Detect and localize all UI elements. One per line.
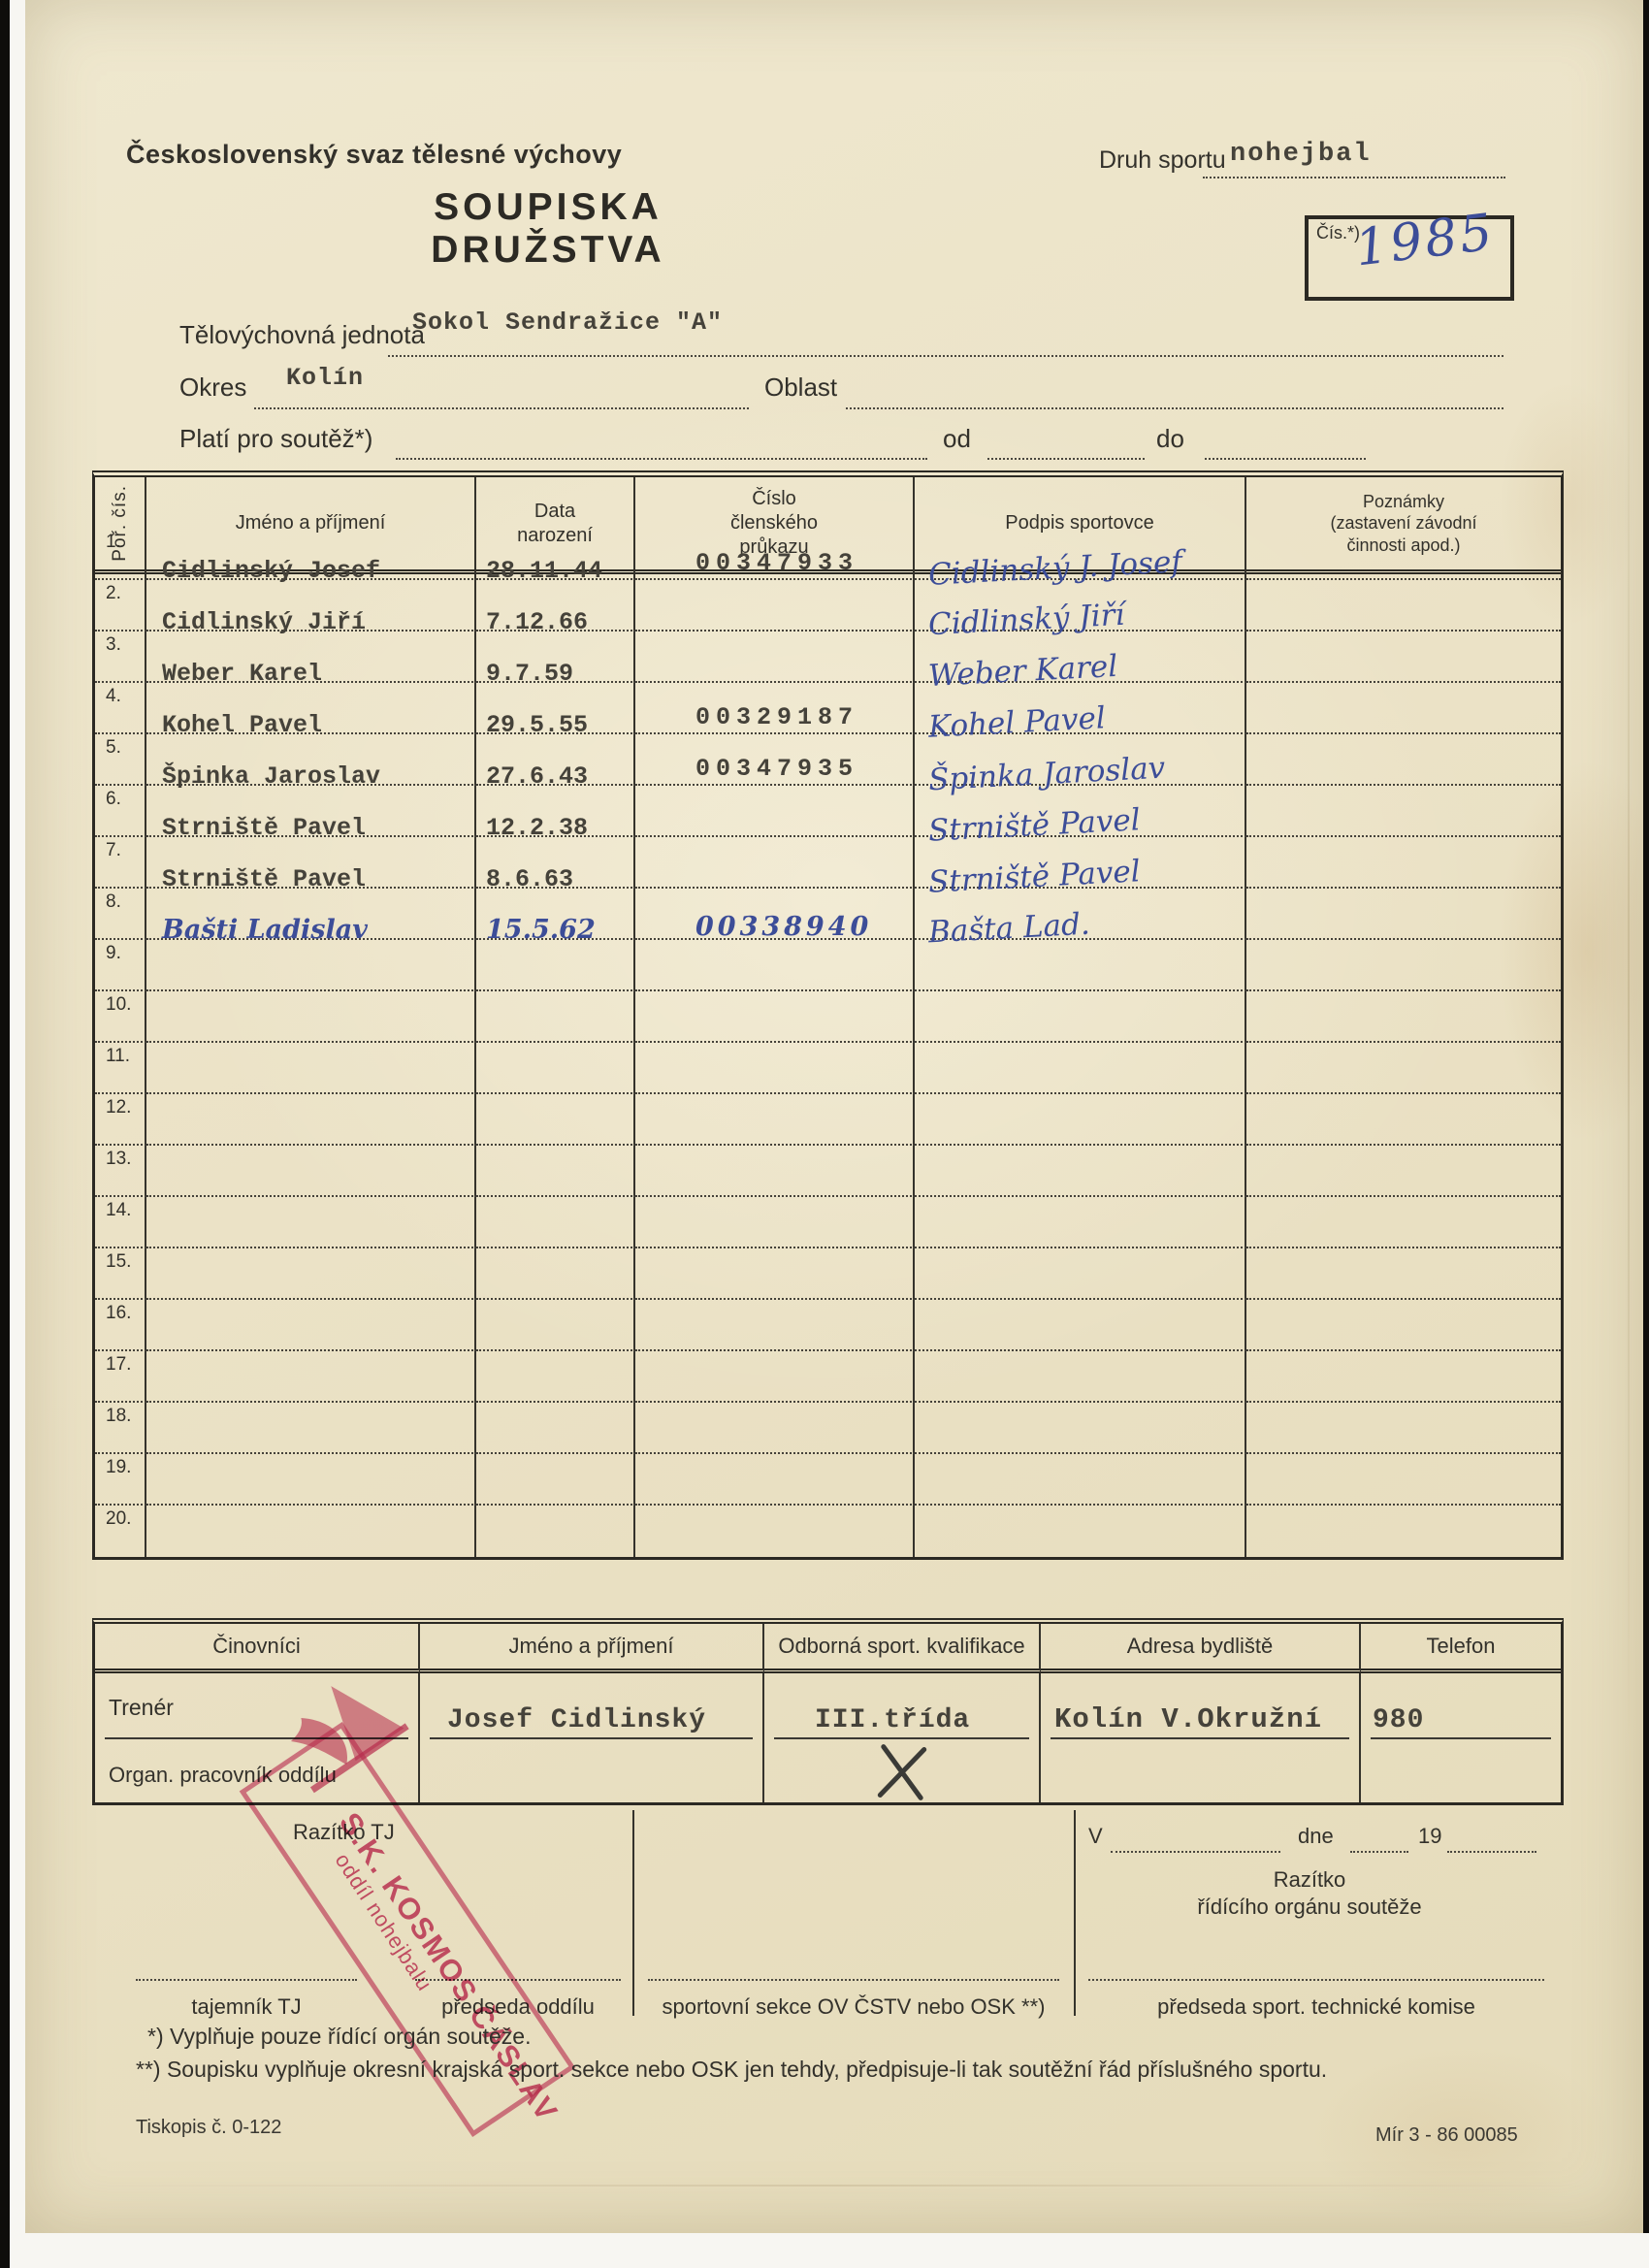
roster-cell-notes — [1246, 1197, 1561, 1248]
roster-cell-notes — [1246, 889, 1561, 940]
roster-cell-notes — [1246, 1300, 1561, 1351]
print-code: Mír 3 - 86 00085 — [1375, 2124, 1518, 2147]
sport-type-label: Druh sportu — [1099, 146, 1226, 175]
roster-cell-dob — [476, 1351, 635, 1403]
roster-cell-name — [146, 1300, 476, 1351]
roster-cell-notes — [1246, 837, 1561, 889]
roster-cell-order: 18. — [95, 1403, 146, 1454]
roster-cell-name — [146, 991, 476, 1043]
roster-table: Poř. čís. Jméno a příjmení Data narození… — [92, 470, 1564, 1560]
roster-cell-order: 16. — [95, 1300, 146, 1351]
section-divider-1 — [632, 1810, 634, 2016]
roster-cell-name: Kohel Pavel — [146, 683, 476, 734]
date-label: dne — [1298, 1824, 1334, 1849]
sport-type-underline — [1203, 177, 1505, 178]
roster-cell-dob: 29.5.55 — [476, 683, 635, 734]
officials-cell-qualification: III.třída — [764, 1673, 1041, 1749]
signature-line-1 — [136, 1979, 357, 1981]
roster-cell-signature — [915, 1351, 1246, 1403]
governing-stamp-label-line2: řídícího orgánu soutěže — [1135, 1895, 1484, 1920]
roster-cell-signature — [915, 1300, 1246, 1351]
team-unit-label: Tělovýchovná jednota — [179, 320, 425, 350]
officials-cell-qualification-2 — [764, 1749, 1041, 1802]
district-value: Kolín — [286, 364, 364, 392]
officials-header-address: Adresa bydliště — [1041, 1624, 1361, 1673]
roster-cell-card — [635, 580, 915, 632]
roster-cell-order: 19. — [95, 1454, 146, 1506]
roster-cell-card — [635, 1248, 915, 1300]
roster-cell-notes — [1246, 734, 1561, 786]
roster-cell-order: 7. — [95, 837, 146, 889]
roster-cell-order: 12. — [95, 1094, 146, 1146]
roster-cell-order: 9. — [95, 940, 146, 991]
roster-cell-order: 15. — [95, 1248, 146, 1300]
roster-cell-card — [635, 991, 915, 1043]
team-unit-value: Sokol Sendražice "A" — [412, 308, 723, 337]
roster-cell-order: 3. — [95, 632, 146, 683]
officials-header-name: Jméno a příjmení — [420, 1624, 764, 1673]
roster-cell-card — [635, 1454, 915, 1506]
roster-cell-card — [635, 1146, 915, 1197]
roster-cell-notes — [1246, 1351, 1561, 1403]
roster-cell-signature — [915, 991, 1246, 1043]
place-label: V — [1088, 1824, 1103, 1849]
roster-cell-name — [146, 1248, 476, 1300]
roster-cell-dob — [476, 1094, 635, 1146]
roster-cell-order: 5. — [95, 734, 146, 786]
roster-cell-signature — [915, 1146, 1246, 1197]
roster-cell-notes — [1246, 1094, 1561, 1146]
valid-to-label: do — [1156, 424, 1184, 454]
roster-cell-card — [635, 1094, 915, 1146]
region-underline — [846, 407, 1503, 409]
roster-cell-card: 00347933 — [635, 529, 915, 580]
roster-cell-dob — [476, 1506, 635, 1557]
roster-cell-name — [146, 940, 476, 991]
roster-cell-name: Strniště Pavel — [146, 837, 476, 889]
roster-cell-order: 6. — [95, 786, 146, 837]
roster-cell-notes — [1246, 632, 1561, 683]
sport-type-value: nohejbal — [1230, 140, 1372, 169]
roster-cell-order: 14. — [95, 1197, 146, 1248]
valid-from-label: od — [943, 424, 971, 454]
roster-cell-dob: 7.12.66 — [476, 580, 635, 632]
officials-cell-name: Josef Cidlinský — [420, 1673, 764, 1749]
roster-cell-dob — [476, 1043, 635, 1094]
roster-cell-order: 11. — [95, 1043, 146, 1094]
roster-cell-dob — [476, 991, 635, 1043]
roster-cell-dob: 15.5.62 — [476, 889, 635, 940]
roster-cell-signature: Cidlinský J. Josef — [915, 529, 1246, 580]
roster-cell-dob: 27.6.43 — [476, 734, 635, 786]
officials-header-qualification: Odborná sport. kvalifikace — [764, 1624, 1041, 1673]
roster-cell-name: Strniště Pavel — [146, 786, 476, 837]
roster-cell-card — [635, 1403, 915, 1454]
roster-cell-name: Bašti Ladislav — [146, 889, 476, 940]
signatory-label-3: sportovní sekce OV ČSTV nebo OSK **) — [663, 1994, 1046, 2020]
place-underline — [1111, 1851, 1280, 1853]
roster-cell-name — [146, 1197, 476, 1248]
date-underline — [1350, 1851, 1408, 1853]
roster-cell-notes — [1246, 529, 1561, 580]
signature-line-3 — [648, 1979, 1059, 1981]
roster-cell-order: 17. — [95, 1351, 146, 1403]
roster-cell-card: 00347935 — [635, 734, 915, 786]
roster-cell-signature — [915, 1248, 1246, 1300]
form-title: SOUPISKA DRUŽSTVA — [320, 186, 776, 272]
roster-cell-notes — [1246, 991, 1561, 1043]
roster-cell-signature — [915, 1197, 1246, 1248]
roster-cell-name: Špinka Jaroslav — [146, 734, 476, 786]
governing-stamp-label-line1: Razítko — [1135, 1867, 1484, 1893]
roster-cell-order: 8. — [95, 889, 146, 940]
officials-cell-phone-2 — [1361, 1749, 1561, 1802]
footnote-1: *) Vyplňuje pouze řídící orgán soutěže. — [147, 2024, 532, 2050]
roster-cell-name — [146, 1454, 476, 1506]
roster-cell-card — [635, 940, 915, 991]
officials-cell-address-2 — [1041, 1749, 1361, 1802]
signatory-label-4: předseda sport. technické komise — [1157, 1994, 1475, 2020]
roster-cell-dob — [476, 940, 635, 991]
roster-cell-order: 1. — [95, 529, 146, 580]
roster-cell-dob — [476, 1403, 635, 1454]
roster-cell-card — [635, 1300, 915, 1351]
roster-cell-dob — [476, 1146, 635, 1197]
roster-cell-name — [146, 1094, 476, 1146]
roster-cell-signature — [915, 1506, 1246, 1557]
roster-cell-dob — [476, 1454, 635, 1506]
roster-cell-order: 4. — [95, 683, 146, 734]
officials-cell-address: Kolín V.Okružní — [1041, 1673, 1361, 1749]
region-label: Oblast — [764, 373, 837, 403]
signatory-label-1: tajemník TJ — [191, 1994, 301, 2020]
roster-cell-signature — [915, 1454, 1246, 1506]
roster-cell-order: 20. — [95, 1506, 146, 1557]
roster-cell-notes — [1246, 1403, 1561, 1454]
x-mark-icon — [870, 1742, 934, 1802]
officials-cell-phone: 980 — [1361, 1673, 1561, 1749]
paper-crease-vertical — [1628, 291, 1630, 1746]
roster-cell-notes — [1246, 1454, 1561, 1506]
organization-title: Československý svaz tělesné výchovy — [126, 140, 622, 170]
roster-cell-notes — [1246, 1506, 1561, 1557]
valid-to-underline — [1205, 458, 1366, 460]
roster-cell-name: Cidlinský Josef — [146, 529, 476, 580]
form-code: Tiskopis č. 0-122 — [136, 2117, 281, 2139]
roster-cell-dob — [476, 1300, 635, 1351]
roster-cell-notes — [1246, 786, 1561, 837]
footnote-2: **) Soupisku vyplňuje okresní krajská sp… — [136, 2057, 1327, 2083]
roster-cell-card: 00338940 — [635, 889, 915, 940]
competition-underline — [396, 458, 927, 460]
valid-from-underline — [987, 458, 1145, 460]
roster-cell-card: 00329187 — [635, 683, 915, 734]
roster-cell-card — [635, 632, 915, 683]
year-label: 19 — [1418, 1824, 1441, 1849]
roster-cell-dob — [476, 1248, 635, 1300]
officials-cell-name-2 — [420, 1749, 764, 1802]
roster-cell-dob: 12.2.38 — [476, 786, 635, 837]
roster-cell-dob: 28.11.44 — [476, 529, 635, 580]
paper-crease-horizontal — [83, 2185, 1597, 2187]
roster-cell-card — [635, 1043, 915, 1094]
roster-cell-card — [635, 1197, 915, 1248]
team-unit-underline — [388, 355, 1503, 357]
roster-cell-signature — [915, 1094, 1246, 1146]
roster-cell-notes — [1246, 1146, 1561, 1197]
roster-cell-dob: 8.6.63 — [476, 837, 635, 889]
roster-cell-name: Cidlinský Jiří — [146, 580, 476, 632]
district-underline — [254, 407, 749, 409]
officials-header-phone: Telefon — [1361, 1624, 1561, 1673]
roster-cell-name — [146, 1043, 476, 1094]
roster-cell-order: 13. — [95, 1146, 146, 1197]
roster-cell-signature — [915, 1403, 1246, 1454]
roster-cell-card — [635, 786, 915, 837]
section-divider-2 — [1074, 1810, 1076, 2016]
scanned-roster-form: Československý svaz tělesné výchovy Druh… — [0, 0, 1649, 2268]
year-underline — [1447, 1851, 1536, 1853]
scan-edge-bottom — [10, 2233, 1649, 2268]
roster-cell-notes — [1246, 580, 1561, 632]
roster-cell-notes — [1246, 1248, 1561, 1300]
form-number-box: Čís.*) 1985 — [1305, 215, 1514, 301]
roster-cell-order: 2. — [95, 580, 146, 632]
roster-cell-notes — [1246, 683, 1561, 734]
roster-cell-name — [146, 1403, 476, 1454]
roster-cell-name — [146, 1351, 476, 1403]
roster-cell-card — [635, 1506, 915, 1557]
roster-cell-signature — [915, 1043, 1246, 1094]
roster-cell-notes — [1246, 1043, 1561, 1094]
roster-cell-notes — [1246, 940, 1561, 991]
roster-cell-name — [146, 1146, 476, 1197]
roster-cell-dob — [476, 1197, 635, 1248]
roster-cell-order: 10. — [95, 991, 146, 1043]
roster-cell-card — [635, 837, 915, 889]
signature-line-4 — [1088, 1979, 1544, 1981]
roster-cell-dob: 9.7.59 — [476, 632, 635, 683]
roster-cell-card — [635, 1351, 915, 1403]
district-label: Okres — [179, 373, 246, 403]
roster-cell-name — [146, 1506, 476, 1557]
competition-label: Platí pro soutěž*) — [179, 424, 372, 454]
roster-cell-name: Weber Karel — [146, 632, 476, 683]
